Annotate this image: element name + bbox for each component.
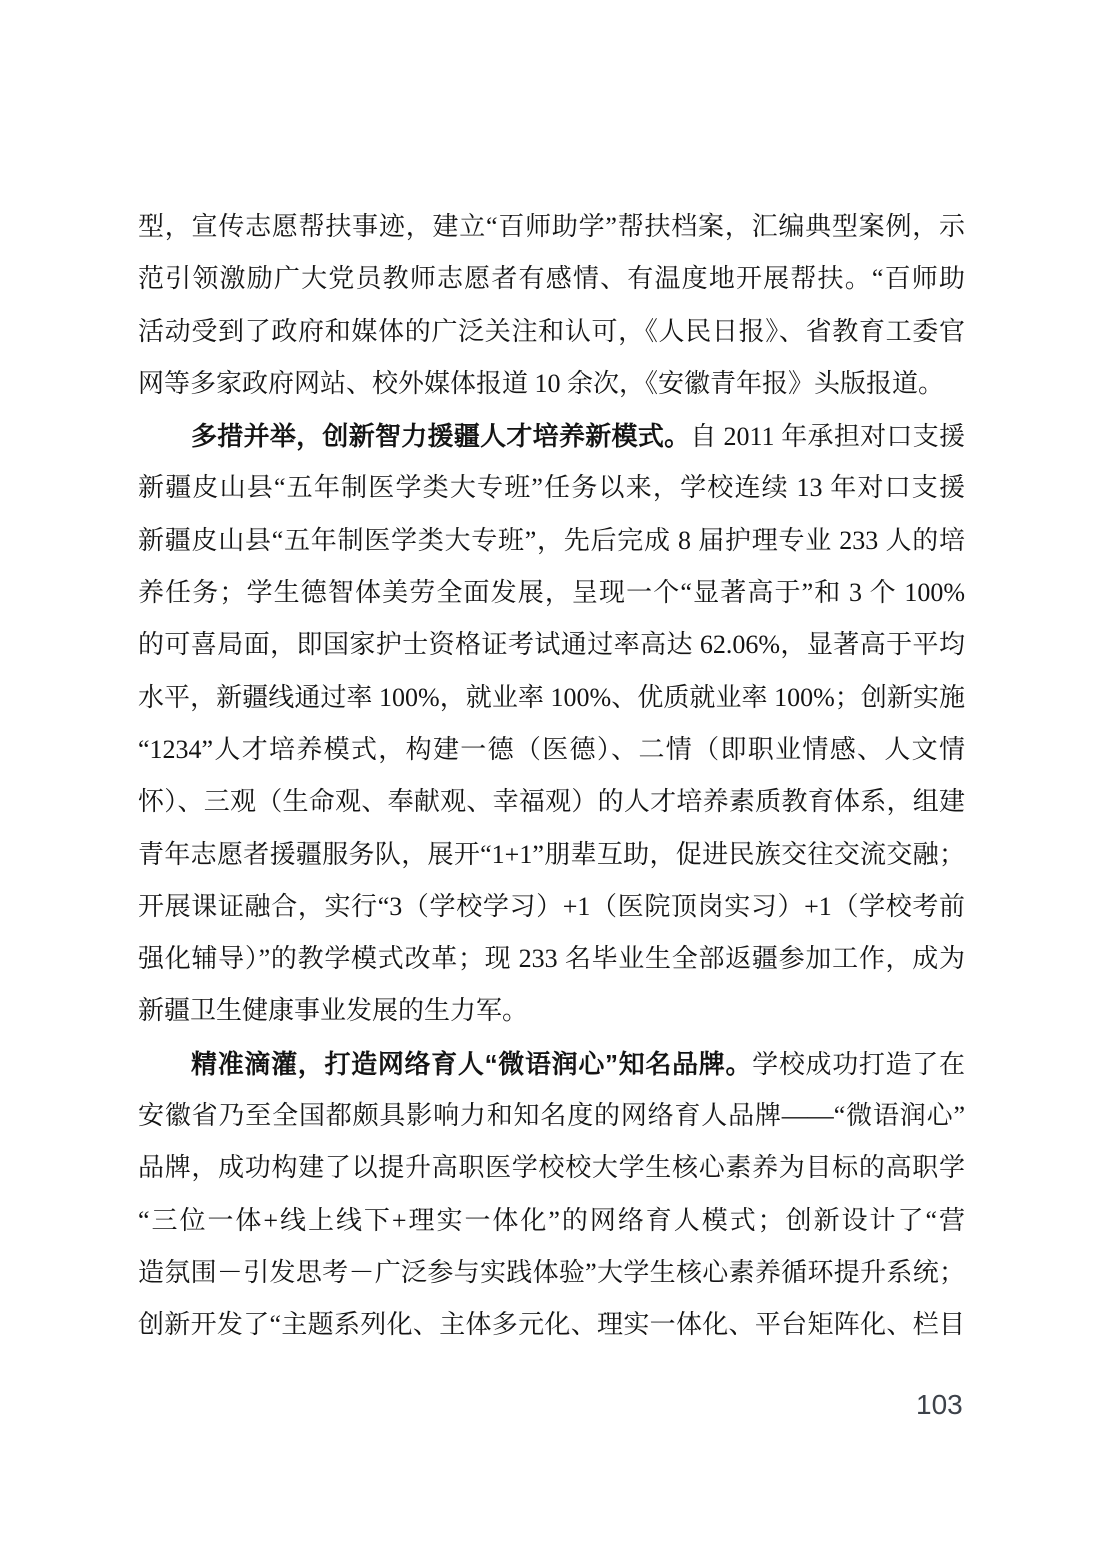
document-page: 型，宣传志愿帮扶事迹，建立“百师助学”帮扶档案，汇编典型案例，示范引领激励广大党…: [0, 0, 1102, 1559]
paragraph-text: 新疆皮山县“五年制医学类大专班”，先后完成 8 届护理专业 233 人的培: [138, 526, 965, 555]
text-line: 型，宣传志愿帮扶事迹，建立“百师助学”帮扶档案，汇编典型案例，示: [138, 201, 965, 253]
text-line: 创新开发了“主题系列化、主体多元化、理实一体化、平台矩阵化、栏目: [138, 1299, 965, 1351]
paragraph-text: 创新开发了“主题系列化、主体多元化、理实一体化、平台矩阵化、栏目: [138, 1310, 965, 1339]
paragraph-text: 自 2011 年承担对口支援: [690, 422, 965, 451]
paragraph-text: 学校成功打造了在: [752, 1050, 965, 1079]
text-line: 强化辅导）”的教学模式改革；现 233 名毕业生全部返疆参加工作，成为: [138, 933, 965, 985]
text-line: 养任务；学生德智体美劳全面发展，呈现一个“显著高于”和 3 个 100%: [138, 567, 965, 619]
text-line: 的可喜局面，即国家护士资格证考试通过率高达 62.06%，显著高于平均: [138, 619, 965, 671]
paragraph-text: “1234”人才培养模式，构建一德（医德）、二情（即职业情感、人文情: [138, 735, 965, 764]
paragraph-text: 活动受到了政府和媒体的广泛关注和认可，《人民日报》、省教育工委官: [138, 317, 965, 346]
paragraph-text: 网等多家政府网站、校外媒体报道 10 余次，《安徽青年报》头版报道。: [138, 369, 944, 398]
text-line: 水平，新疆线通过率 100%，就业率 100%、优质就业率 100%；创新实施: [138, 672, 965, 724]
text-line: 新疆卫生健康事业发展的生力军。: [138, 985, 965, 1037]
paragraph-text: 型，宣传志愿帮扶事迹，建立“百师助学”帮扶档案，汇编典型案例，示: [138, 212, 965, 241]
paragraph-text: 新疆皮山县“五年制医学类大专班”任务以来，学校连续 13 年对口支援: [138, 473, 965, 502]
text-line: 活动受到了政府和媒体的广泛关注和认可，《人民日报》、省教育工委官: [138, 306, 965, 358]
paragraph-text: 品牌，成功构建了以提升高职医学校校大学生核心素养为目标的高职学校: [138, 1153, 965, 1194]
paragraph-heading: 精准滴灌，打造网络育人“微语润心”知名品牌。: [191, 1049, 752, 1079]
text-line: “三位一体+线上线下+理实一体化”的网络育人模式；创新设计了“营: [138, 1195, 965, 1247]
paragraph-text: 开展课证融合，实行“3（学校学习）+1（医院顶岗实习）+1（学校考前: [138, 892, 965, 921]
paragraph-text: 养任务；学生德智体美劳全面发展，呈现一个“显著高于”和 3 个 100%: [138, 578, 965, 607]
text-line: 范引领激励广大党员教师志愿者有感情、有温度地开展帮扶。“百师助学”: [138, 253, 965, 305]
paragraph-text: 水平，新疆线通过率 100%，就业率 100%、优质就业率 100%；创新实施: [138, 683, 965, 712]
text-line: 精准滴灌，打造网络育人“微语润心”知名品牌。学校成功打造了在: [138, 1038, 965, 1090]
document-body: 型，宣传志愿帮扶事迹，建立“百师助学”帮扶档案，汇编典型案例，示范引领激励广大党…: [138, 201, 965, 1352]
paragraph-text: “三位一体+线上线下+理实一体化”的网络育人模式；创新设计了“营: [138, 1206, 965, 1235]
paragraph-text: 范引领激励广大党员教师志愿者有感情、有温度地开展帮扶。“百师助学”: [138, 264, 965, 305]
text-line: 新疆皮山县“五年制医学类大专班”任务以来，学校连续 13 年对口支援: [138, 462, 965, 514]
paragraph-heading: 多措并举，创新智力援疆人才培养新模式。: [191, 421, 690, 451]
text-line: 安徽省乃至全国都颇具影响力和知名度的网络育人品牌——“微语润心”: [138, 1090, 965, 1142]
paragraph-text: 强化辅导）”的教学模式改革；现 233 名毕业生全部返疆参加工作，成为: [138, 944, 965, 973]
text-line: 新疆皮山县“五年制医学类大专班”，先后完成 8 届护理专业 233 人的培: [138, 515, 965, 567]
text-line: 网等多家政府网站、校外媒体报道 10 余次，《安徽青年报》头版报道。: [138, 358, 965, 410]
text-line: 造氛围－引发思考－广泛参与实践体验”大学生核心素养循环提升系统；: [138, 1247, 965, 1299]
paragraph-text: 青年志愿者援疆服务队，展开“1+1”朋辈互助，促进民族交往交流交融；: [138, 840, 965, 869]
text-line: 多措并举，创新智力援疆人才培养新模式。自 2011 年承担对口支援: [138, 410, 965, 462]
paragraph-text: 新疆卫生健康事业发展的生力军。: [138, 996, 528, 1025]
text-line: 品牌，成功构建了以提升高职医学校校大学生核心素养为目标的高职学校: [138, 1142, 965, 1194]
page-number: 103: [916, 1391, 963, 1419]
paragraph-text: 安徽省乃至全国都颇具影响力和知名度的网络育人品牌——“微语润心”: [138, 1101, 965, 1130]
text-line: 青年志愿者援疆服务队，展开“1+1”朋辈互助，促进民族交往交流交融；: [138, 829, 965, 881]
paragraph-text: 造氛围－引发思考－广泛参与实践体验”大学生核心素养循环提升系统；: [138, 1258, 965, 1287]
text-line: “1234”人才培养模式，构建一德（医德）、二情（即职业情感、人文情: [138, 724, 965, 776]
text-line: 开展课证融合，实行“3（学校学习）+1（医院顶岗实习）+1（学校考前: [138, 881, 965, 933]
text-line: 怀）、三观（生命观、奉献观、幸福观）的人才培养素质教育体系，组建: [138, 776, 965, 828]
paragraph-text: 怀）、三观（生命观、奉献观、幸福观）的人才培养素质教育体系，组建: [138, 787, 965, 816]
paragraph-text: 的可喜局面，即国家护士资格证考试通过率高达 62.06%，显著高于平均: [138, 630, 965, 659]
